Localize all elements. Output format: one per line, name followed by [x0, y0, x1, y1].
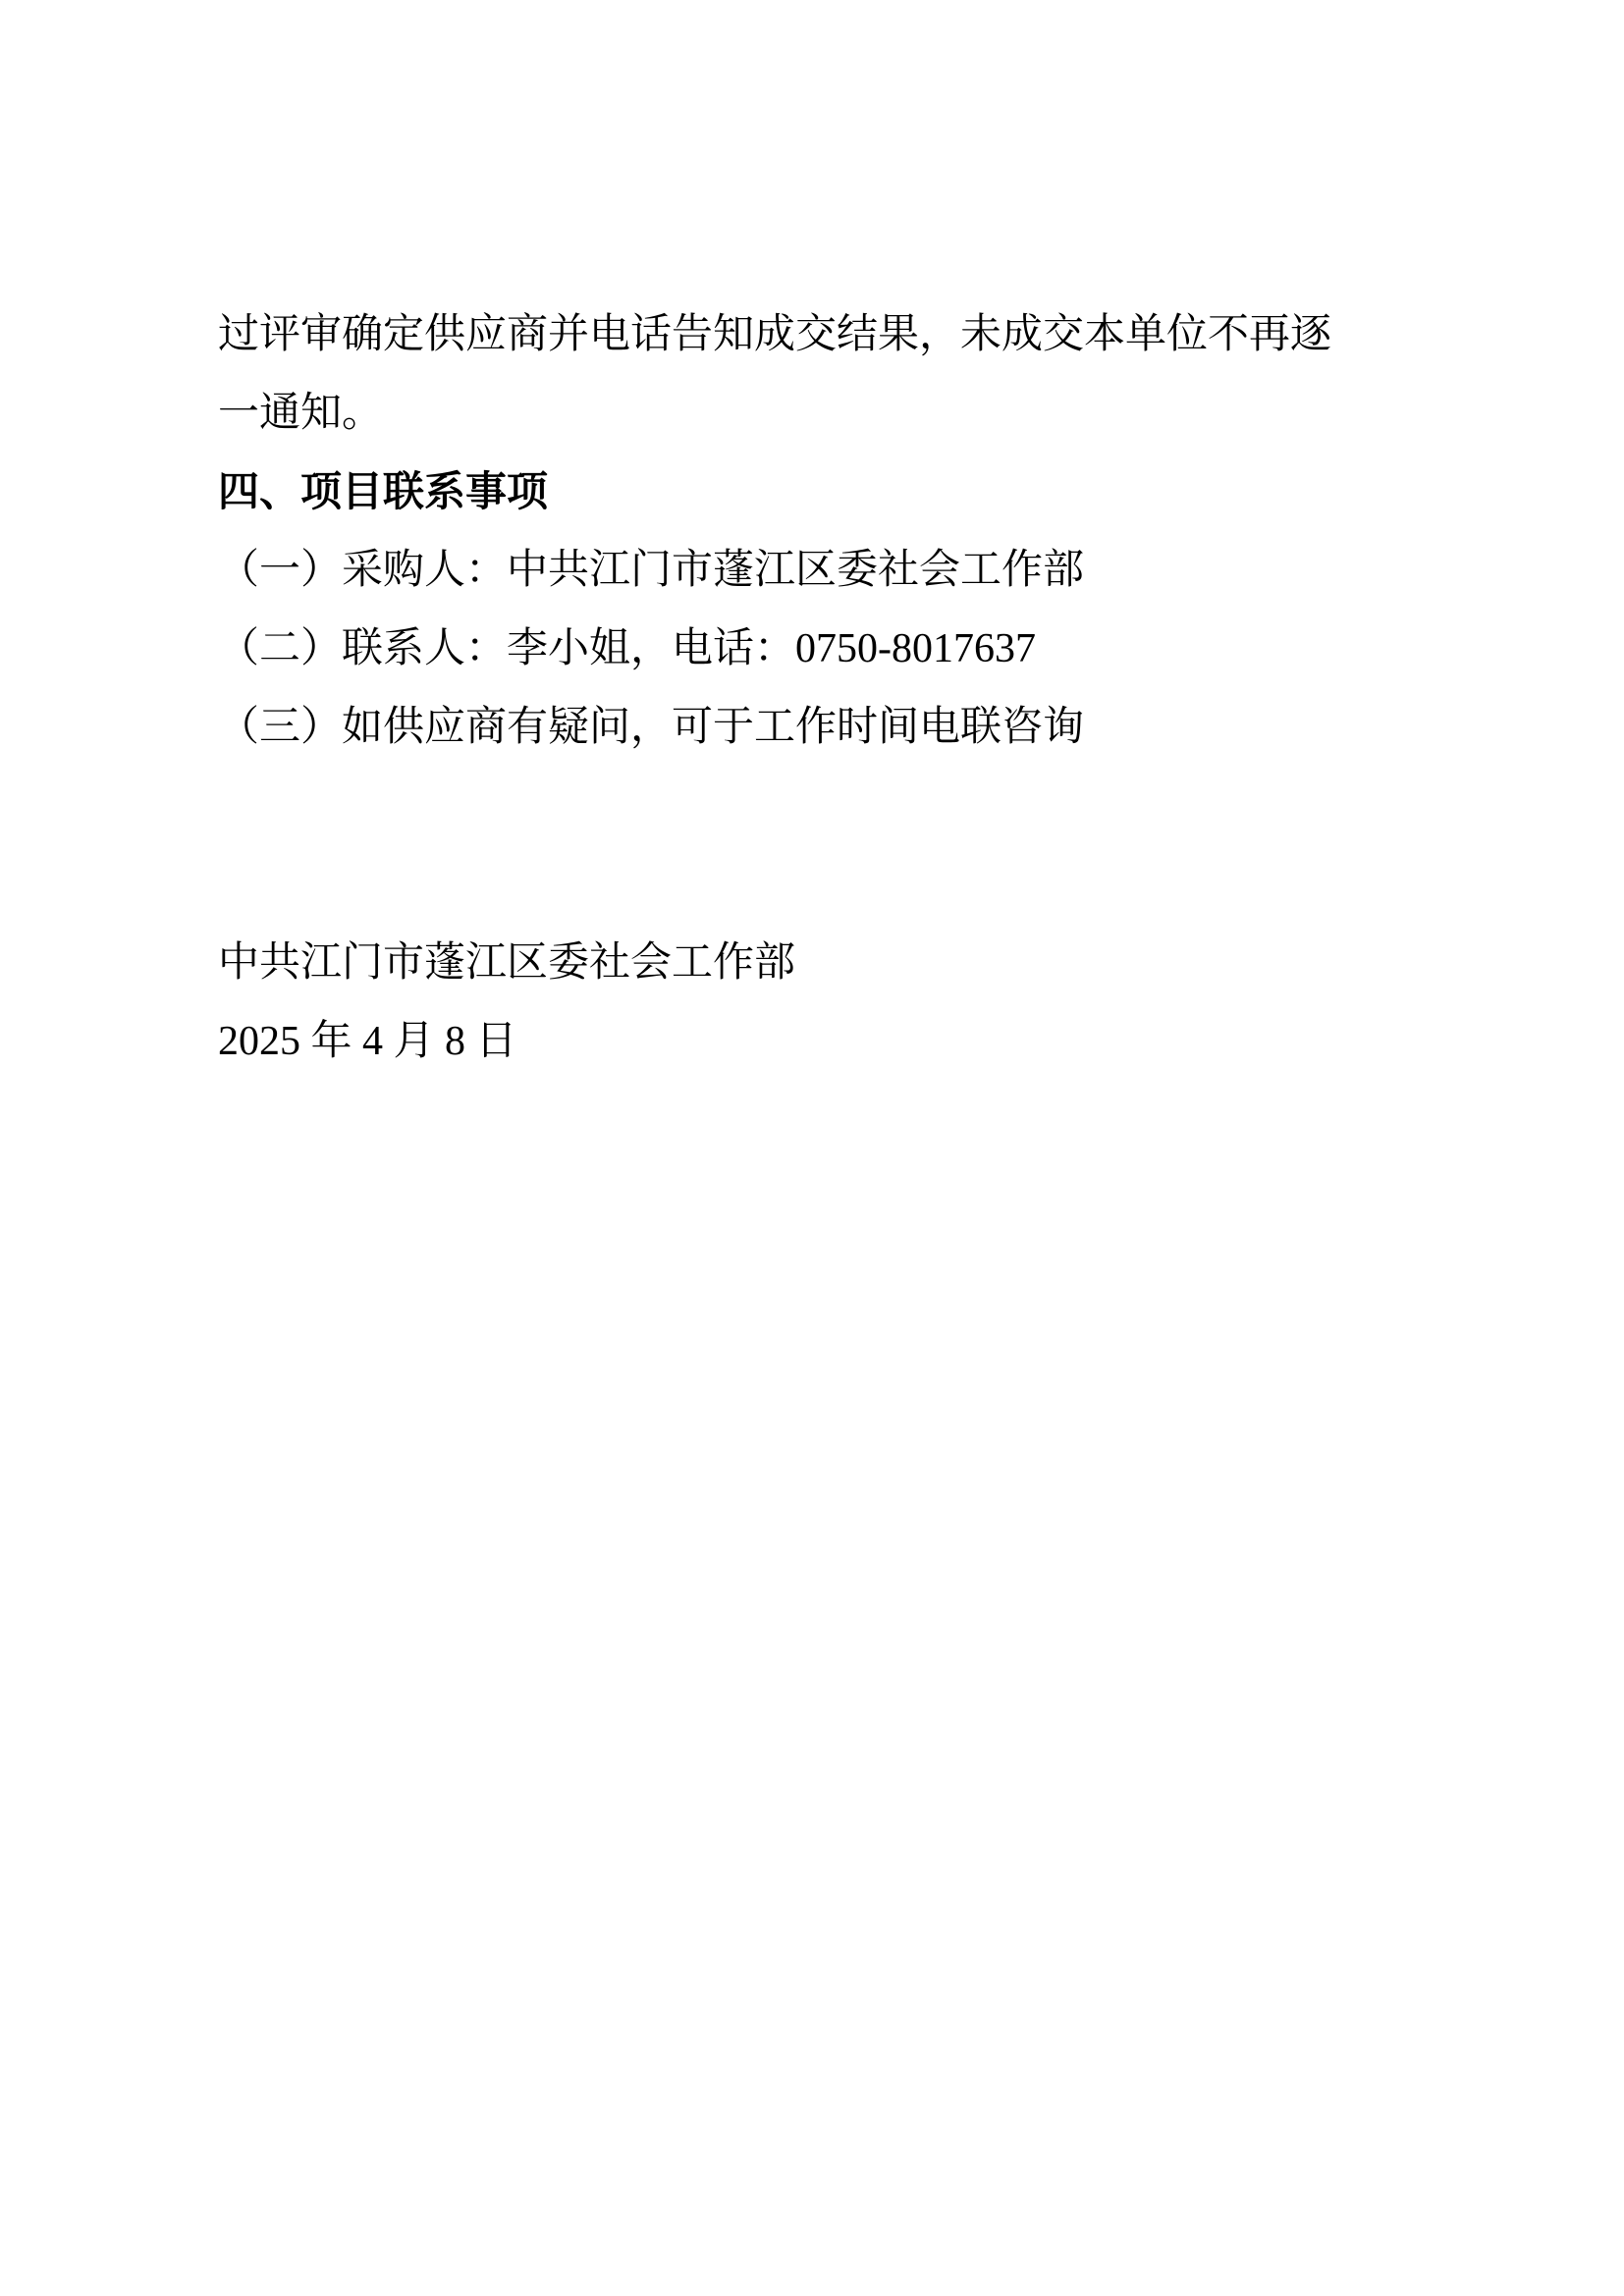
- paragraph-continuation-line-1: 过评审确定供应商并电话告知成交结果，未成交本单位不再逐: [218, 295, 1455, 374]
- contact-item-contact-person: （二）联系人：李小姐，电话：0750-8017637: [218, 610, 1455, 688]
- paragraph-continuation-line-2: 一通知。: [218, 374, 1455, 453]
- contact-item-purchaser: （一）采购人：中共江门市蓬江区委社会工作部: [218, 531, 1455, 610]
- signature-date: 2025 年 4 月 8 日: [218, 1002, 1455, 1081]
- section-heading: 四、项目联系事项: [218, 453, 1455, 531]
- document-page: 过评审确定供应商并电话告知成交结果，未成交本单位不再逐 一通知。 四、项目联系事…: [0, 0, 1624, 2296]
- document-content: 过评审确定供应商并电话告知成交结果，未成交本单位不再逐 一通知。 四、项目联系事…: [218, 295, 1455, 1081]
- signature-organization: 中共江门市蓬江区委社会工作部: [218, 924, 1455, 1002]
- contact-item-inquiry: （三）如供应商有疑问，可于工作时间电联咨询: [218, 688, 1455, 767]
